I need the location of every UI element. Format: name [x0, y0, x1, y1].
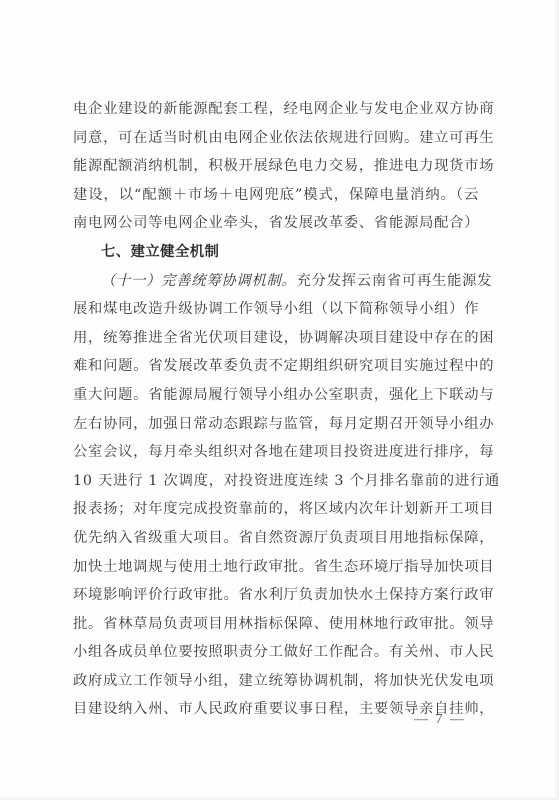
text-line: 报表扬；对年度完成投资靠前的，将区域内次年计划新开工项目	[73, 495, 479, 524]
text-line: 批。省林草局负责项目用林指标保障、使用林地行政审批。领导	[73, 610, 479, 639]
text-line: 政府成立工作领导小组，建立统筹协调机制，将加快光伏发电项	[73, 667, 479, 696]
text-line: 加快土地调规与使用土地行政审批。省生态环境厅指导加快项目	[73, 553, 479, 582]
text-line: 公室会议，每月牵头组织对各地在建项目投资进度进行排序，每	[73, 438, 479, 467]
text-line: 同意，可在适当时机由电网企业依法依规进行回购。建立可再生	[73, 124, 479, 153]
text-line: 10 天进行 1 次调度，对投资进度连续 3 个月排名靠前的进行通	[73, 467, 479, 496]
subsection-first-line: （十一）完善统筹协调机制。充分发挥云南省可再生能源发	[73, 267, 479, 296]
section-heading: 七、建立健全机制	[73, 238, 479, 267]
text-line: 建设，以“配额＋市场＋电网兜底”模式，保障电量消纳。（云	[73, 181, 479, 210]
text-line: 优先纳入省级重大项目。省自然资源厅负责项目用地指标保障，	[73, 524, 479, 553]
text-line: 左右协同，加强日常动态跟踪与监管，每月定期召开领导小组办	[73, 410, 479, 439]
text-line: 能源配额消纳机制，积极开展绿色电力交易，推进电力现货市场	[73, 152, 479, 181]
text-line: 环境影响评价行政审批。省水利厅负责加快水土保持方案行政审	[73, 581, 479, 610]
subsection-first-line-text: 充分发挥云南省可再生能源发	[297, 273, 493, 289]
text-line: 南电网公司等电网企业牵头，省发展改革委、省能源局配合）	[73, 209, 479, 238]
page-edge-shadow	[555, 0, 559, 800]
document-body: 电企业建设的新能源配套工程，经电网企业与发电企业双方协商 同意，可在适当时机由电…	[73, 95, 479, 724]
text-line: 展和煤电改造升级协调工作领导小组（以下简称领导小组）作	[73, 295, 479, 324]
subsection-title: （十一）完善统筹协调机制。	[101, 273, 297, 289]
document-page: 电企业建设的新能源配套工程，经电网企业与发电企业双方协商 同意，可在适当时机由电…	[0, 0, 559, 800]
text-line: 难和问题。省发展改革委负责不定期组织研究项目实施过程中的	[73, 352, 479, 381]
page-number: — 7 —	[412, 712, 468, 728]
text-line: 重大问题。省能源局履行领导小组办公室职责，强化上下联动与	[73, 381, 479, 410]
text-line: 电企业建设的新能源配套工程，经电网企业与发电企业双方协商	[73, 95, 479, 124]
text-line: 小组各成员单位要按照职责分工做好工作配合。有关州、市人民	[73, 638, 479, 667]
text-line: 用，统筹推进全省光伏项目建设，协调解决项目建设中存在的困	[73, 324, 479, 353]
